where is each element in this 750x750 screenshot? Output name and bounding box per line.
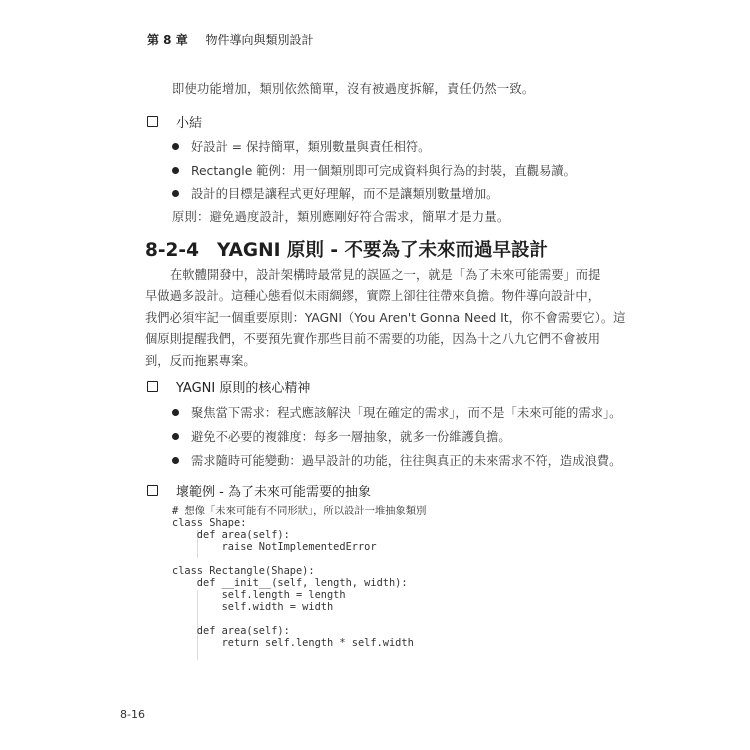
summary-bullet: Rectangle 範例：用一個類別即可完成資料與行為的封裝，直觀易讀。	[172, 161, 576, 179]
section-heading: 8-2-4YAGNI 原則 - 不要為了未來而過早設計	[145, 236, 548, 262]
core-spirit-title: YAGNI 原則的核心精神	[176, 381, 310, 396]
bullet-text: 需求隨時可能變動：過早設計的功能，往往與真正的未來需求不符，造成浪費。	[191, 454, 621, 468]
code-line	[172, 613, 426, 625]
code-line: def area(self):	[172, 625, 426, 637]
summary-bullet: 設計的目標是讓程式更好理解，而不是讓類別數量增加。	[172, 184, 498, 202]
bullet-text: 聚焦當下需求：程式應該解決「現在確定的需求」，而不是「未來可能的需求」。	[191, 406, 621, 420]
section-paragraph: 在軟體開發中，設計架構時最常見的誤區之一，就是「為了未來可能需要」而提 早做過多…	[145, 265, 595, 372]
paragraph-line: 到，反而拖累專案。	[145, 351, 595, 372]
bullet-text: 避免不必要的複雜度：每多一層抽象，就多一份維護負擔。	[191, 430, 511, 444]
core-spirit-heading: YAGNI 原則的核心精神	[147, 377, 310, 396]
code-line: return self.length * self.width	[172, 637, 426, 649]
summary-principle: 原則：避免過度設計，類別應剛好符合需求，簡單才是力量。	[172, 207, 509, 225]
core-spirit-bullet: 聚焦當下需求：程式應該解決「現在確定的需求」，而不是「未來可能的需求」。	[172, 403, 621, 421]
paragraph-line: 個原則提醒我們，不要預先實作那些目前不需要的功能，因為十之八九它們不會被用	[145, 329, 595, 350]
bullet-text: 好設計 = 保持簡單，類別數量與責任相符。	[191, 140, 430, 154]
code-line: def area(self):	[172, 529, 426, 541]
bullet-icon	[172, 143, 179, 150]
section-title: YAGNI 原則 - 不要為了未來而過早設計	[217, 240, 548, 261]
page-number: 8-16	[120, 708, 145, 721]
bad-example-heading: 壞範例 - 為了未來可能需要的抽象	[147, 481, 371, 500]
code-line: def __init__(self, length, width):	[172, 577, 426, 589]
checkbox-square-icon	[147, 485, 158, 496]
code-line: class Shape:	[172, 517, 426, 529]
bullet-icon	[172, 167, 179, 174]
code-line: class Rectangle(Shape):	[172, 565, 426, 577]
section-number: 8-2-4	[145, 240, 199, 261]
code-line: raise NotImplementedError	[172, 541, 426, 553]
paragraph-line: 在軟體開發中，設計架構時最常見的誤區之一，就是「為了未來可能需要」而提	[145, 265, 595, 286]
bullet-icon	[172, 190, 179, 197]
summary-bullet: 好設計 = 保持簡單，類別數量與責任相符。	[172, 137, 430, 155]
chapter-header: 第 8 章 物件導向與類別設計	[147, 31, 314, 48]
checkbox-square-icon	[147, 381, 158, 392]
bullet-text: 設計的目標是讓程式更好理解，而不是讓類別數量增加。	[191, 187, 498, 201]
code-line	[172, 553, 426, 565]
bullet-text: Rectangle 範例：用一個類別即可完成資料與行為的封裝，直觀易讀。	[191, 164, 576, 178]
code-line: self.length = length	[172, 589, 426, 601]
code-block: # 想像「未來可能有不同形狀」，所以設計一堆抽象類別 class Shape: …	[172, 505, 426, 649]
summary-heading: 小結	[147, 112, 202, 131]
bad-example-title: 壞範例 - 為了未來可能需要的抽象	[176, 485, 371, 500]
bullet-icon	[172, 457, 179, 464]
core-spirit-bullet: 需求隨時可能變動：過早設計的功能，往往與真正的未來需求不符，造成浪費。	[172, 451, 621, 469]
paragraph-line: 我們必須牢記一個重要原則：YAGNI（You Aren't Gonna Need…	[145, 308, 595, 329]
intro-line: 即使功能增加，類別依然簡單，沒有被過度拆解，責任仍然一致。	[172, 79, 534, 97]
code-line: # 想像「未來可能有不同形狀」，所以設計一堆抽象類別	[172, 505, 426, 517]
bullet-icon	[172, 433, 179, 440]
paragraph-line: 早做過多設計。這種心態看似未雨綢繆，實際上卻往往帶來負擔。物件導向設計中，	[145, 286, 595, 307]
checkbox-square-icon	[147, 116, 158, 127]
summary-title: 小結	[176, 116, 202, 131]
chapter-number: 第 8 章	[147, 33, 188, 47]
chapter-title: 物件導向與類別設計	[206, 33, 314, 47]
core-spirit-bullet: 避免不必要的複雜度：每多一層抽象，就多一份維護負擔。	[172, 427, 511, 445]
bullet-icon	[172, 409, 179, 416]
code-line: self.width = width	[172, 601, 426, 613]
